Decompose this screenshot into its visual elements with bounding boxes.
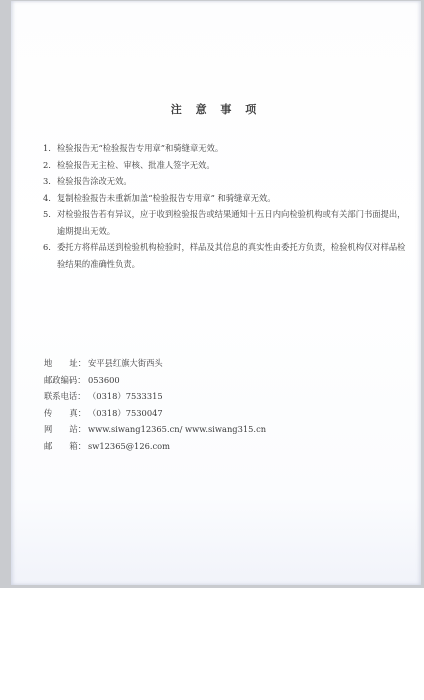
email-value: sw12365@126.com xyxy=(88,438,170,455)
address-label-b: 址： xyxy=(69,355,86,372)
fax-row: 传 真： （0318）7530047 xyxy=(44,405,266,422)
email-label-a: 邮 xyxy=(44,438,52,455)
postcode-label: 邮政编码： xyxy=(44,372,88,389)
note-text: 检验报告无主检、审核、批准人签字无效。 xyxy=(57,157,413,174)
note-number: 4. xyxy=(43,190,57,207)
fax-label: 传 真： xyxy=(44,405,88,422)
note-item: 4. 复制检验报告未重新加盖“检验报告专用章” 和骑缝章无效。 xyxy=(43,190,413,207)
address-row: 地 址： 安平县红旗大街西头 xyxy=(44,355,266,372)
address-value: 安平县红旗大街西头 xyxy=(88,355,163,372)
note-text: 对检验报告若有异议，应于收到检验报告或结果通知十五日内向检验机构或有关部门书面提… xyxy=(57,206,413,239)
note-number: 3. xyxy=(43,173,57,190)
address-label: 地 址： xyxy=(44,355,88,372)
note-number: 2. xyxy=(43,157,57,174)
phone-value: （0318）7533315 xyxy=(88,388,163,405)
note-number: 6. xyxy=(43,239,57,272)
fax-label-a: 传 xyxy=(44,405,52,422)
fax-label-b: 真： xyxy=(69,405,86,422)
phone-row: 联系电话： （0318）7533315 xyxy=(44,388,266,405)
postcode-value: 053600 xyxy=(88,372,120,389)
note-text: 复制检验报告未重新加盖“检验报告专用章” 和骑缝章无效。 xyxy=(57,190,413,207)
phone-label: 联系电话： xyxy=(44,388,88,405)
website-value: www.siwang12365.cn/ www.siwang315.cn xyxy=(88,421,266,438)
email-row: 邮 箱： sw12365@126.com xyxy=(44,438,266,455)
notes-list: 1. 检验报告无“检验报告专用章”和骑缝章无效。 2. 检验报告无主检、审核、批… xyxy=(43,140,413,272)
email-label: 邮 箱： xyxy=(44,438,88,455)
note-text: 检验报告无“检验报告专用章”和骑缝章无效。 xyxy=(57,140,413,157)
document-page: 注 意 事 项 1. 检验报告无“检验报告专用章”和骑缝章无效。 2. 检验报告… xyxy=(11,1,421,585)
note-item: 1. 检验报告无“检验报告专用章”和骑缝章无效。 xyxy=(43,140,413,157)
email-label-b: 箱： xyxy=(69,438,86,455)
postcode-row: 邮政编码： 053600 xyxy=(44,372,266,389)
address-label-a: 地 xyxy=(44,355,52,372)
scan-frame: 注 意 事 项 1. 检验报告无“检验报告专用章”和骑缝章无效。 2. 检验报告… xyxy=(0,0,424,588)
note-item: 6. 委托方将样品送到检验机构检验时，样品及其信息的真实性由委托方负责，检验机构… xyxy=(43,239,413,272)
note-item: 5. 对检验报告若有异议，应于收到检验报告或结果通知十五日内向检验机构或有关部门… xyxy=(43,206,413,239)
note-number: 1. xyxy=(43,140,57,157)
page-title: 注 意 事 项 xyxy=(11,101,421,117)
note-item: 3. 检验报告涂改无效。 xyxy=(43,173,413,190)
website-row: 网 站： www.siwang12365.cn/ www.siwang315.c… xyxy=(44,421,266,438)
website-label-b: 站： xyxy=(69,421,86,438)
fax-value: （0318）7530047 xyxy=(88,405,163,422)
website-label: 网 站： xyxy=(44,421,88,438)
note-text: 检验报告涂改无效。 xyxy=(57,173,413,190)
note-text: 委托方将样品送到检验机构检验时，样品及其信息的真实性由委托方负责，检验机构仅对样… xyxy=(57,239,413,272)
note-item: 2. 检验报告无主检、审核、批准人签字无效。 xyxy=(43,157,413,174)
note-number: 5. xyxy=(43,206,57,239)
website-label-a: 网 xyxy=(44,421,52,438)
contact-info: 地 址： 安平县红旗大街西头 邮政编码： 053600 联系电话： （0318）… xyxy=(44,355,266,454)
